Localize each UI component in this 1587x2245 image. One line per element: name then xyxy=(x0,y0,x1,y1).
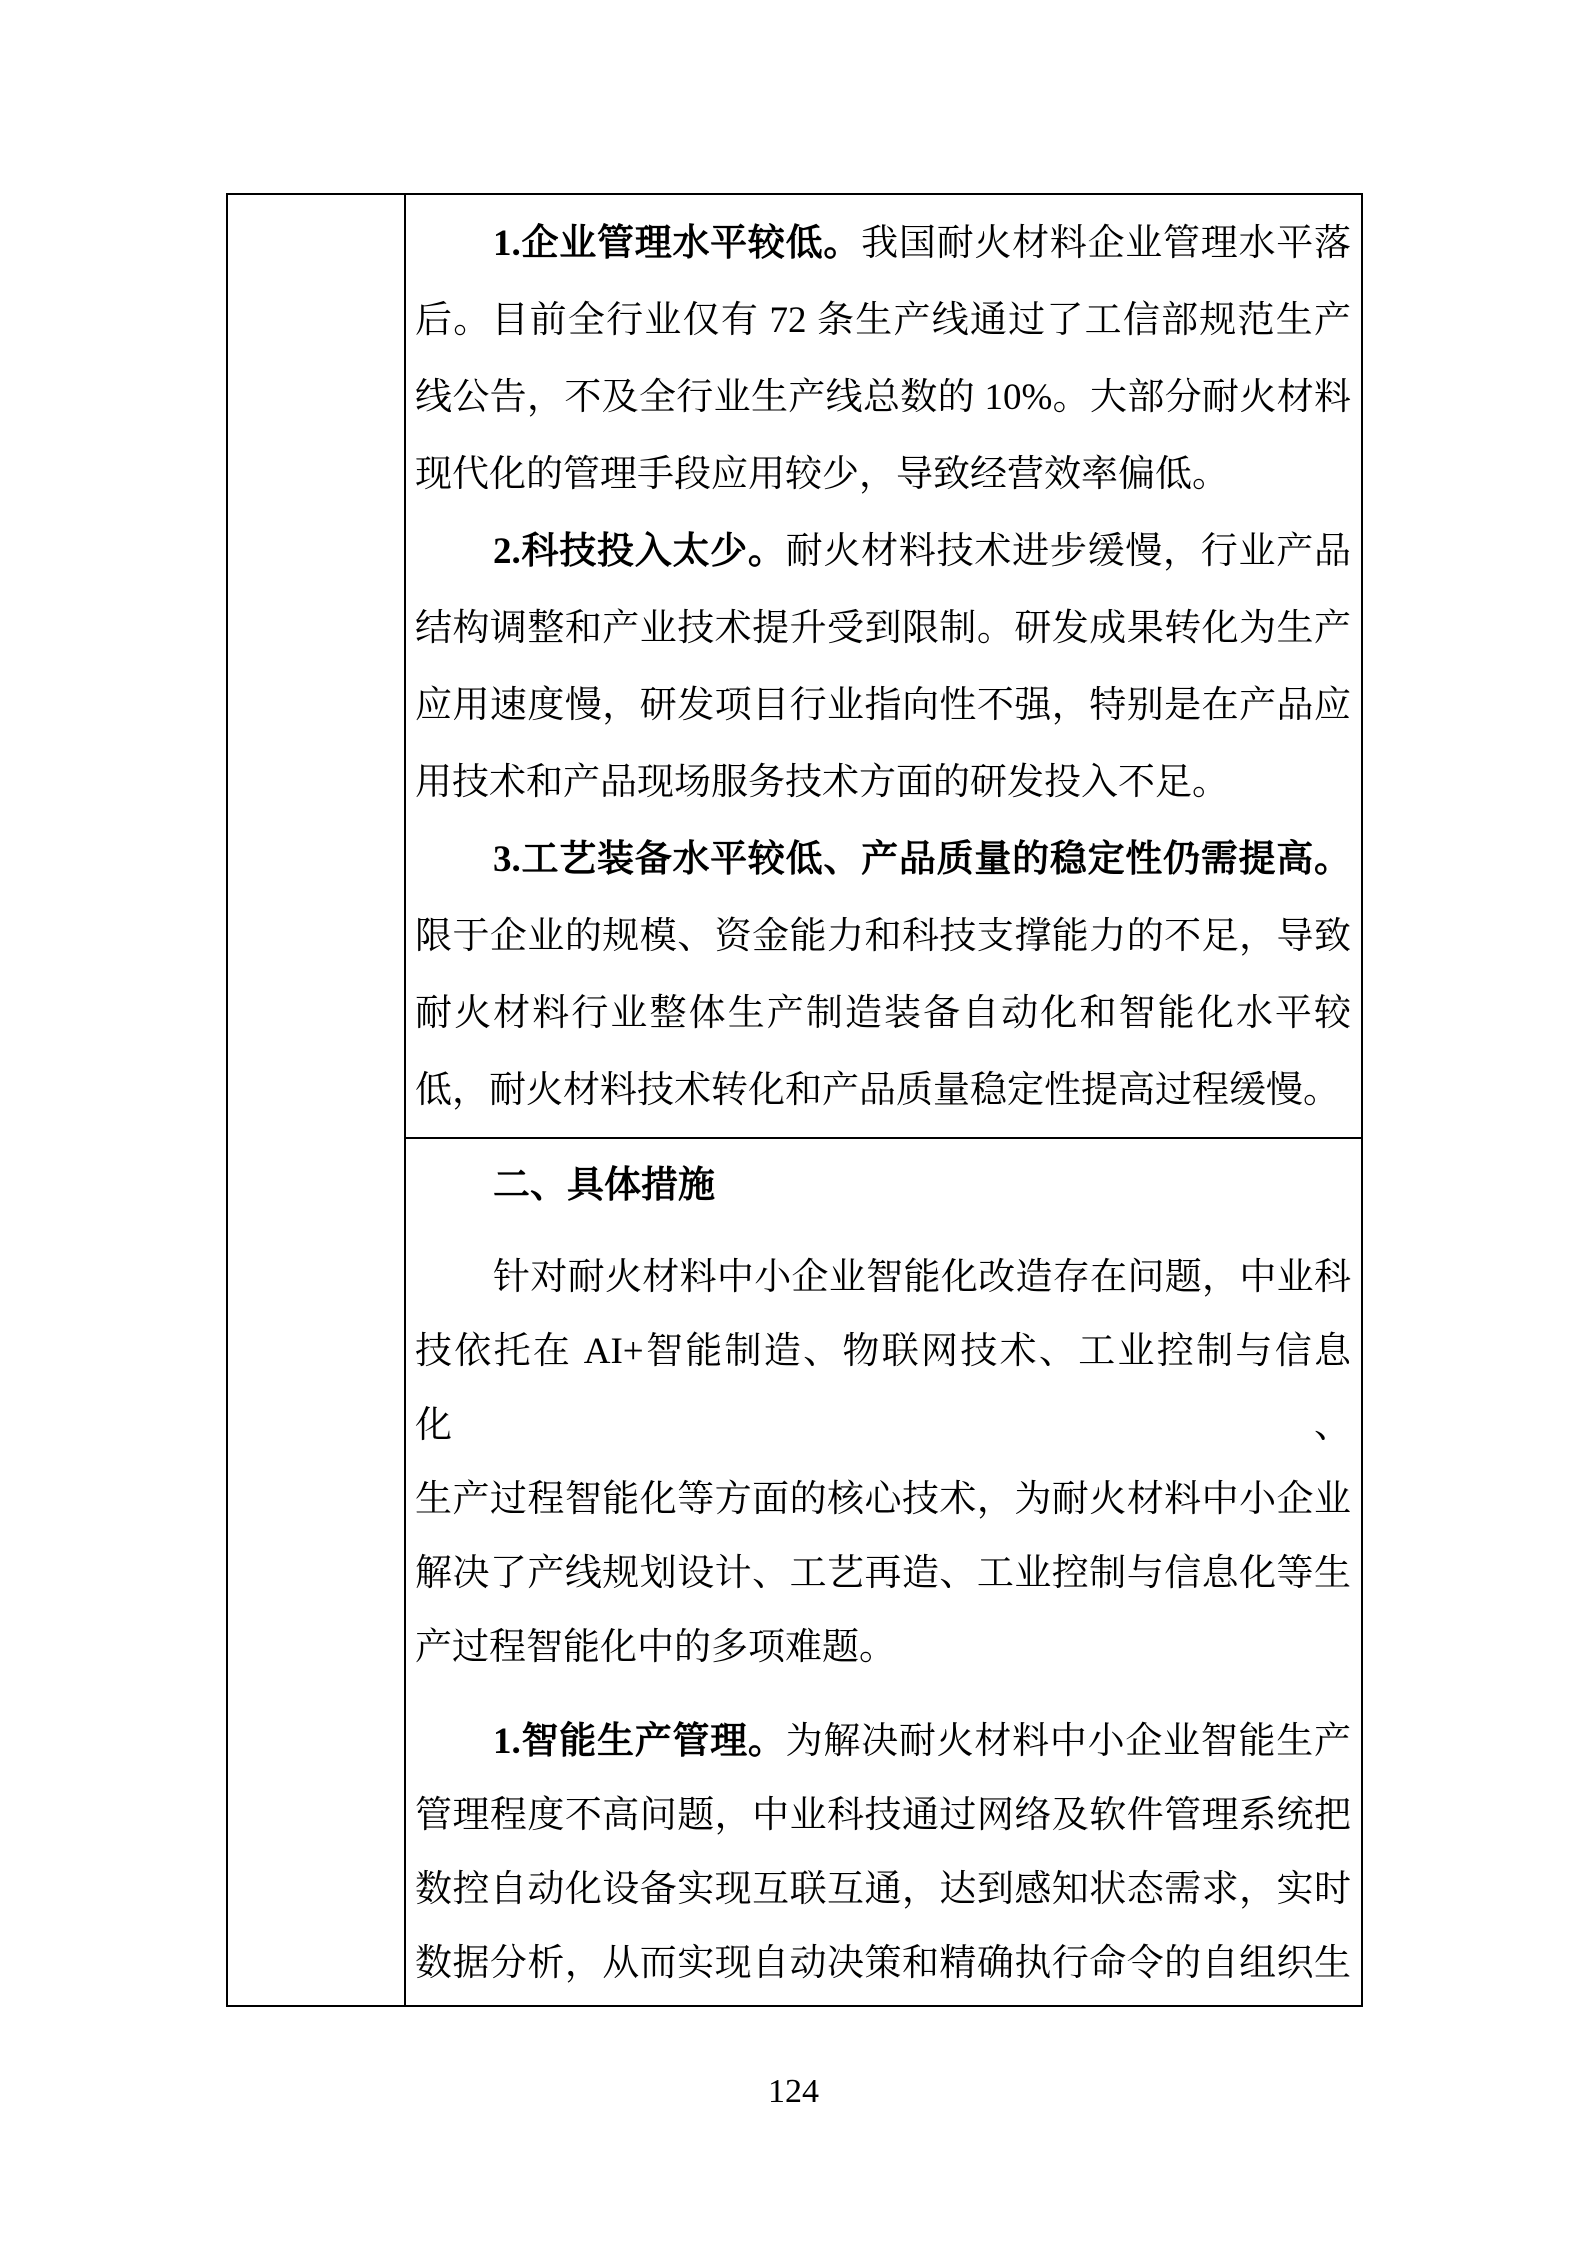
body-text: 产过程智能化中的多项难题。 xyxy=(415,1627,896,1668)
body-text: 低，耐火材料技术转化和产品质量稳定性提高过程缓慢。 xyxy=(415,1070,1340,1111)
body-text: 为解决耐火材料中小企业智能生产 xyxy=(786,1721,1351,1762)
table-right-column: 1.企业管理水平较低。我国耐火材料企业管理水平落后。目前全行业仅有 72 条生产… xyxy=(406,195,1361,2005)
text-line: 线公告，不及全行业生产线总数的 10%。大部分耐火材料 xyxy=(415,359,1351,436)
body-text: 应用速度慢，研发项目行业指向性不强，特别是在产品应 xyxy=(415,685,1351,726)
body-text: 针对耐火材料中小企业智能化改造存在问题，中业科 xyxy=(493,1257,1351,1298)
body-text: 技依托在 AI+智能制造、物联网技术、工业控制与信息化、 xyxy=(415,1331,1351,1446)
body-text: 后。目前全行业仅有 72 条生产线通过了工信部规范生产 xyxy=(415,300,1351,341)
document-page: 1.企业管理水平较低。我国耐火材料企业管理水平落后。目前全行业仅有 72 条生产… xyxy=(0,0,1587,2245)
text-line: 数据分析，从而实现自动决策和精确执行命令的自组织生 xyxy=(415,1927,1351,2001)
text-line: 管理程度不高问题，中业科技通过网络及软件管理系统把 xyxy=(415,1779,1351,1853)
paragraph-problem-2: 2.科技投入太少。耐火材料技术进步缓慢，行业产品结构调整和产业技术提升受到限制。… xyxy=(415,513,1351,821)
text-line: 结构调整和产业技术提升受到限制。研发成果转化为生产 xyxy=(415,590,1351,667)
body-text: 限于企业的规模、资金能力和科技支撑能力的不足，导致 xyxy=(415,916,1351,957)
paragraph-section-heading: 二、具体措施 xyxy=(415,1149,1351,1223)
text-line: 低，耐火材料技术转化和产品质量稳定性提高过程缓慢。 xyxy=(415,1052,1351,1129)
table-cell-industry-problems: 1.企业管理水平较低。我国耐火材料企业管理水平落后。目前全行业仅有 72 条生产… xyxy=(406,195,1361,1139)
text-line: 技依托在 AI+智能制造、物联网技术、工业控制与信息化、 xyxy=(415,1315,1351,1463)
paragraph-problem-3: 3.工艺装备水平较低、产品质量的稳定性仍需提高。限于企业的规模、资金能力和科技支… xyxy=(415,821,1351,1129)
body-text: 生产过程智能化等方面的核心技术，为耐火材料中小企业 xyxy=(415,1479,1351,1520)
text-line: 二、具体措施 xyxy=(415,1149,1351,1223)
text-line: 1.企业管理水平较低。我国耐火材料企业管理水平落 xyxy=(415,205,1351,282)
text-line: 生产过程智能化等方面的核心技术，为耐火材料中小企业 xyxy=(415,1463,1351,1537)
text-line: 解决了产线规划设计、工艺再造、工业控制与信息化等生 xyxy=(415,1537,1351,1611)
bold-text: 1.企业管理水平较低。 xyxy=(493,223,861,264)
body-text: 耐火材料技术进步缓慢，行业产品 xyxy=(786,531,1351,572)
table-cell-specific-measures: 二、具体措施针对耐火材料中小企业智能化改造存在问题，中业科技依托在 AI+智能制… xyxy=(406,1139,1361,2005)
bold-text: 3.工艺装备水平较低、产品质量的稳定性仍需提高。 xyxy=(493,839,1351,880)
text-line: 产的精益管理的车间。 xyxy=(415,2001,1351,2005)
paragraph-problem-1: 1.企业管理水平较低。我国耐火材料企业管理水平落后。目前全行业仅有 72 条生产… xyxy=(415,205,1351,513)
text-line: 2.科技投入太少。耐火材料技术进步缓慢，行业产品 xyxy=(415,513,1351,590)
table-left-empty-cell xyxy=(228,195,406,2005)
bold-text: 2.科技投入太少。 xyxy=(493,531,786,572)
body-text: 数控自动化设备实现互联互通，达到感知状态需求，实时 xyxy=(415,1869,1351,1910)
text-line: 用技术和产品现场服务技术方面的研发投入不足。 xyxy=(415,744,1351,821)
body-text: 管理程度不高问题，中业科技通过网络及软件管理系统把 xyxy=(415,1795,1351,1836)
text-line: 产过程智能化中的多项难题。 xyxy=(415,1611,1351,1685)
text-line: 后。目前全行业仅有 72 条生产线通过了工信部规范生产 xyxy=(415,282,1351,359)
body-text: 结构调整和产业技术提升受到限制。研发成果转化为生产 xyxy=(415,608,1351,649)
text-line: 现代化的管理手段应用较少，导致经营效率偏低。 xyxy=(415,436,1351,513)
text-line: 应用速度慢，研发项目行业指向性不强，特别是在产品应 xyxy=(415,667,1351,744)
body-text: 现代化的管理手段应用较少，导致经营效率偏低。 xyxy=(415,454,1229,495)
body-text: 耐火材料行业整体生产制造装备自动化和智能化水平较 xyxy=(415,993,1351,1034)
body-text: 数据分析，从而实现自动决策和精确执行命令的自组织生 xyxy=(415,1943,1351,1984)
bold-text: 二、具体措施 xyxy=(493,1165,715,1206)
page-number: 124 xyxy=(0,2070,1587,2114)
body-text: 我国耐火材料企业管理水平落 xyxy=(861,223,1351,264)
text-line: 1.智能生产管理。为解决耐火材料中小企业智能生产 xyxy=(415,1705,1351,1779)
text-line: 数控自动化设备实现互联互通，达到感知状态需求，实时 xyxy=(415,1853,1351,1927)
body-text: 线公告，不及全行业生产线总数的 10%。大部分耐火材料 xyxy=(415,377,1351,418)
body-text: 用技术和产品现场服务技术方面的研发投入不足。 xyxy=(415,762,1229,803)
body-text: 解决了产线规划设计、工艺再造、工业控制与信息化等生 xyxy=(415,1553,1351,1594)
text-line: 3.工艺装备水平较低、产品质量的稳定性仍需提高。 xyxy=(415,821,1351,898)
text-line: 耐火材料行业整体生产制造装备自动化和智能化水平较 xyxy=(415,975,1351,1052)
paragraph-measure-1: 1.智能生产管理。为解决耐火材料中小企业智能生产管理程度不高问题，中业科技通过网… xyxy=(415,1705,1351,2005)
content-table: 1.企业管理水平较低。我国耐火材料企业管理水平落后。目前全行业仅有 72 条生产… xyxy=(226,193,1363,2007)
paragraph-measures-intro: 针对耐火材料中小企业智能化改造存在问题，中业科技依托在 AI+智能制造、物联网技… xyxy=(415,1241,1351,1685)
text-line: 限于企业的规模、资金能力和科技支撑能力的不足，导致 xyxy=(415,898,1351,975)
text-line: 针对耐火材料中小企业智能化改造存在问题，中业科 xyxy=(415,1241,1351,1315)
bold-text: 1.智能生产管理。 xyxy=(493,1721,786,1762)
